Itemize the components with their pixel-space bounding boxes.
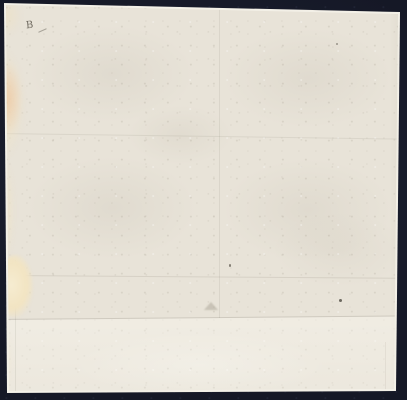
paper-speck-top-right: [336, 43, 338, 45]
column-separation-crease: [219, 8, 220, 318]
paper-speck-lower-right: [339, 299, 342, 302]
photo-of-stamp-back: B: [0, 0, 407, 400]
paper-speck-center: [229, 264, 231, 267]
sheet-margin-area: [0, 316, 407, 394]
gum-bend-right: [385, 342, 386, 390]
pencil-expert-mark: B: [25, 21, 33, 32]
gum-bend-left: [15, 260, 16, 392]
thin-spot-shadow: [204, 302, 218, 310]
stamp-paper-back: B: [0, 0, 407, 400]
